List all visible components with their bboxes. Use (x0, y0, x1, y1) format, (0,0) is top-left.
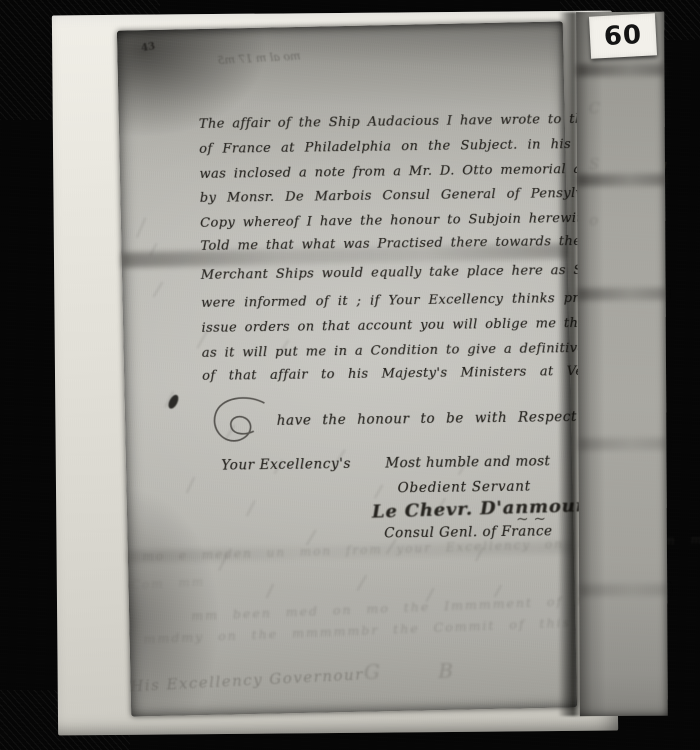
bleedthrough-stroke (246, 500, 256, 517)
scanned-document-photo: 43 mo al m 17 m5 The affair of the Ship … (0, 0, 700, 750)
bleedthrough-address: His Excellency Governour (130, 665, 364, 695)
fold-crease (578, 438, 666, 450)
bleedthrough-stroke (266, 583, 275, 598)
bleedthrough-stroke (152, 281, 163, 297)
flourish-initial-icon (208, 395, 269, 452)
fold-crease (579, 584, 667, 596)
bleedthrough-stroke (374, 484, 384, 499)
bleedthrough-stroke (306, 529, 317, 545)
adjacent-page-edge: C S o (576, 12, 668, 716)
closing-line: have the honour to be with Respect (277, 409, 577, 429)
bleedthrough-address-flourish: G B (364, 658, 479, 684)
bleedthrough-marks: C S o (589, 80, 610, 248)
salutation: Your Excellency's (221, 456, 351, 474)
fold-crease (576, 64, 664, 76)
bleedthrough-line: Com mm (130, 575, 205, 593)
page-number: 60 (603, 20, 643, 52)
letter-page: 43 mo al m 17 m5 The affair of the Ship … (117, 21, 577, 716)
compliment-line: Obedient Servant (397, 479, 531, 497)
bleedthrough-stroke (356, 575, 367, 592)
bleedthrough-stroke (136, 217, 147, 238)
bleedthrough-stroke (149, 243, 157, 256)
letter-body: The affair of the Ship Audacious I have … (120, 23, 575, 715)
fold-crease (578, 288, 666, 300)
bleedthrough-stroke (186, 476, 195, 493)
page-number-card: 60 (589, 13, 657, 58)
